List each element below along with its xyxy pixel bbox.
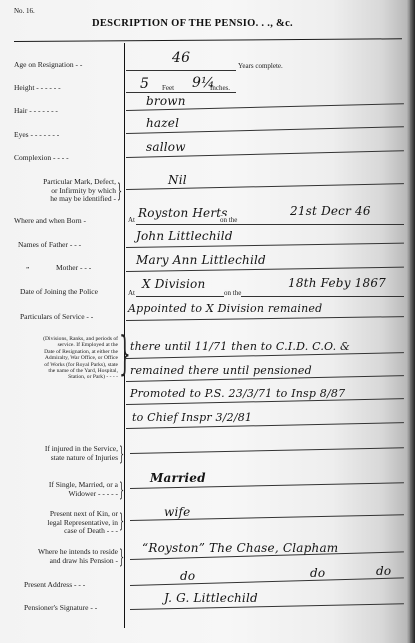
service-line-4-text: Promoted to P.S. 23/3/71 to Insp 8/87 (130, 387, 345, 400)
father-line (126, 243, 404, 248)
hair-value: brown (146, 94, 186, 108)
label-injuries: If injured in the Service, state nature … (14, 445, 118, 462)
label-born: Where and when Born - (14, 217, 86, 226)
joining-line (136, 296, 404, 297)
born-place: Royston Herts (138, 206, 228, 220)
label-mother: Mother - - - (56, 264, 91, 273)
form-number: No. 16. (14, 7, 35, 15)
next-of-kin-value: wife (164, 505, 190, 519)
joining-date: 18th Feby 1867 (288, 276, 386, 290)
present-address-value-1: do (180, 569, 195, 583)
service-line-2 (126, 352, 404, 359)
label-service: Particulars of Service - - (20, 313, 93, 322)
label-age: Age on Resignation - - (14, 61, 82, 70)
service-line-1 (126, 316, 404, 321)
label-next-of-kin: Present next of Kin, or legal Representa… (14, 510, 118, 536)
joining-at-label: At (128, 289, 135, 297)
label-mother-prefix: ” (26, 266, 29, 275)
label-complexion: Complexion - - - - (14, 154, 69, 163)
present-address-value-3: do (376, 564, 391, 578)
height-line (126, 92, 236, 93)
height-feet-value: 5 (140, 76, 149, 92)
age-value: 46 (172, 50, 190, 66)
pension-residence-value: “Royston” The Chase, Clapham (142, 541, 338, 555)
present-address-value-2: do (310, 566, 325, 580)
brace-icon: } (119, 330, 131, 376)
height-feet-label: Feet (162, 84, 174, 92)
pension-form-page: No. 16. DESCRIPTION OF THE PENSIO. . ., … (0, 0, 415, 643)
service-note: (Divisions, Ranks, and periods of servic… (10, 336, 118, 381)
brace-icon: } (119, 546, 124, 566)
label-marital: If Single, Married, or a Widower - - - -… (14, 481, 118, 498)
born-on-label: on the (220, 216, 237, 224)
service-line-2-text: there until 11/71 then to C.I.D. C.O. & (130, 340, 350, 353)
label-joining: Date of Joining the Police (20, 288, 98, 297)
service-line-5-text: to Chief Inspr 3/2/81 (132, 411, 252, 424)
form-title: DESCRIPTION OF THE PENSIO. . ., &c. (92, 18, 293, 29)
label-signature: Pensioner's Signature - - (24, 604, 97, 613)
brace-icon: } (119, 443, 124, 463)
label-height: Height - - - - - - (14, 84, 61, 93)
injuries-line (130, 447, 404, 454)
brace-icon: } (117, 180, 122, 200)
label-pension-residence: Where he intends to reside and draw his … (14, 548, 118, 565)
joining-on-label: on the (224, 289, 241, 297)
eyes-value: hazel (146, 116, 179, 130)
born-at-label: At (128, 216, 135, 224)
label-father: Names of Father - - - (18, 241, 81, 250)
label-eyes: Eyes - - - - - - - (14, 131, 59, 140)
born-line (136, 224, 404, 225)
brace-icon: } (119, 479, 124, 499)
born-date: 21st Decr 46 (290, 204, 371, 218)
label-present-address: Present Address - - - (24, 581, 85, 590)
service-line-1-text: Appointed to X Division remained (128, 302, 322, 315)
present-address-line (130, 577, 404, 586)
age-suffix: Years complete. (238, 62, 283, 70)
mother-value: Mary Ann Littlechild (136, 253, 266, 267)
father-value: John Littlechild (136, 229, 233, 243)
height-inches-label: Inches. (210, 84, 230, 92)
signature-value: J. G. Littlechild (164, 591, 258, 605)
label-hair: Hair - - - - - - - (14, 107, 58, 116)
service-line-3-text: remained there until pensioned (130, 364, 312, 377)
joining-place: X Division (142, 277, 205, 291)
complexion-value: sallow (146, 140, 186, 154)
age-line (126, 70, 236, 71)
particular-mark-value: Nil (168, 173, 187, 187)
mother-line (126, 267, 404, 272)
label-particular-mark: Particular Mark, Defect, or Infirmity by… (14, 178, 116, 204)
page-edge-shadow (410, 0, 415, 643)
marital-value: Married (150, 471, 206, 485)
header-rule (14, 38, 402, 42)
brace-icon: } (119, 510, 124, 530)
